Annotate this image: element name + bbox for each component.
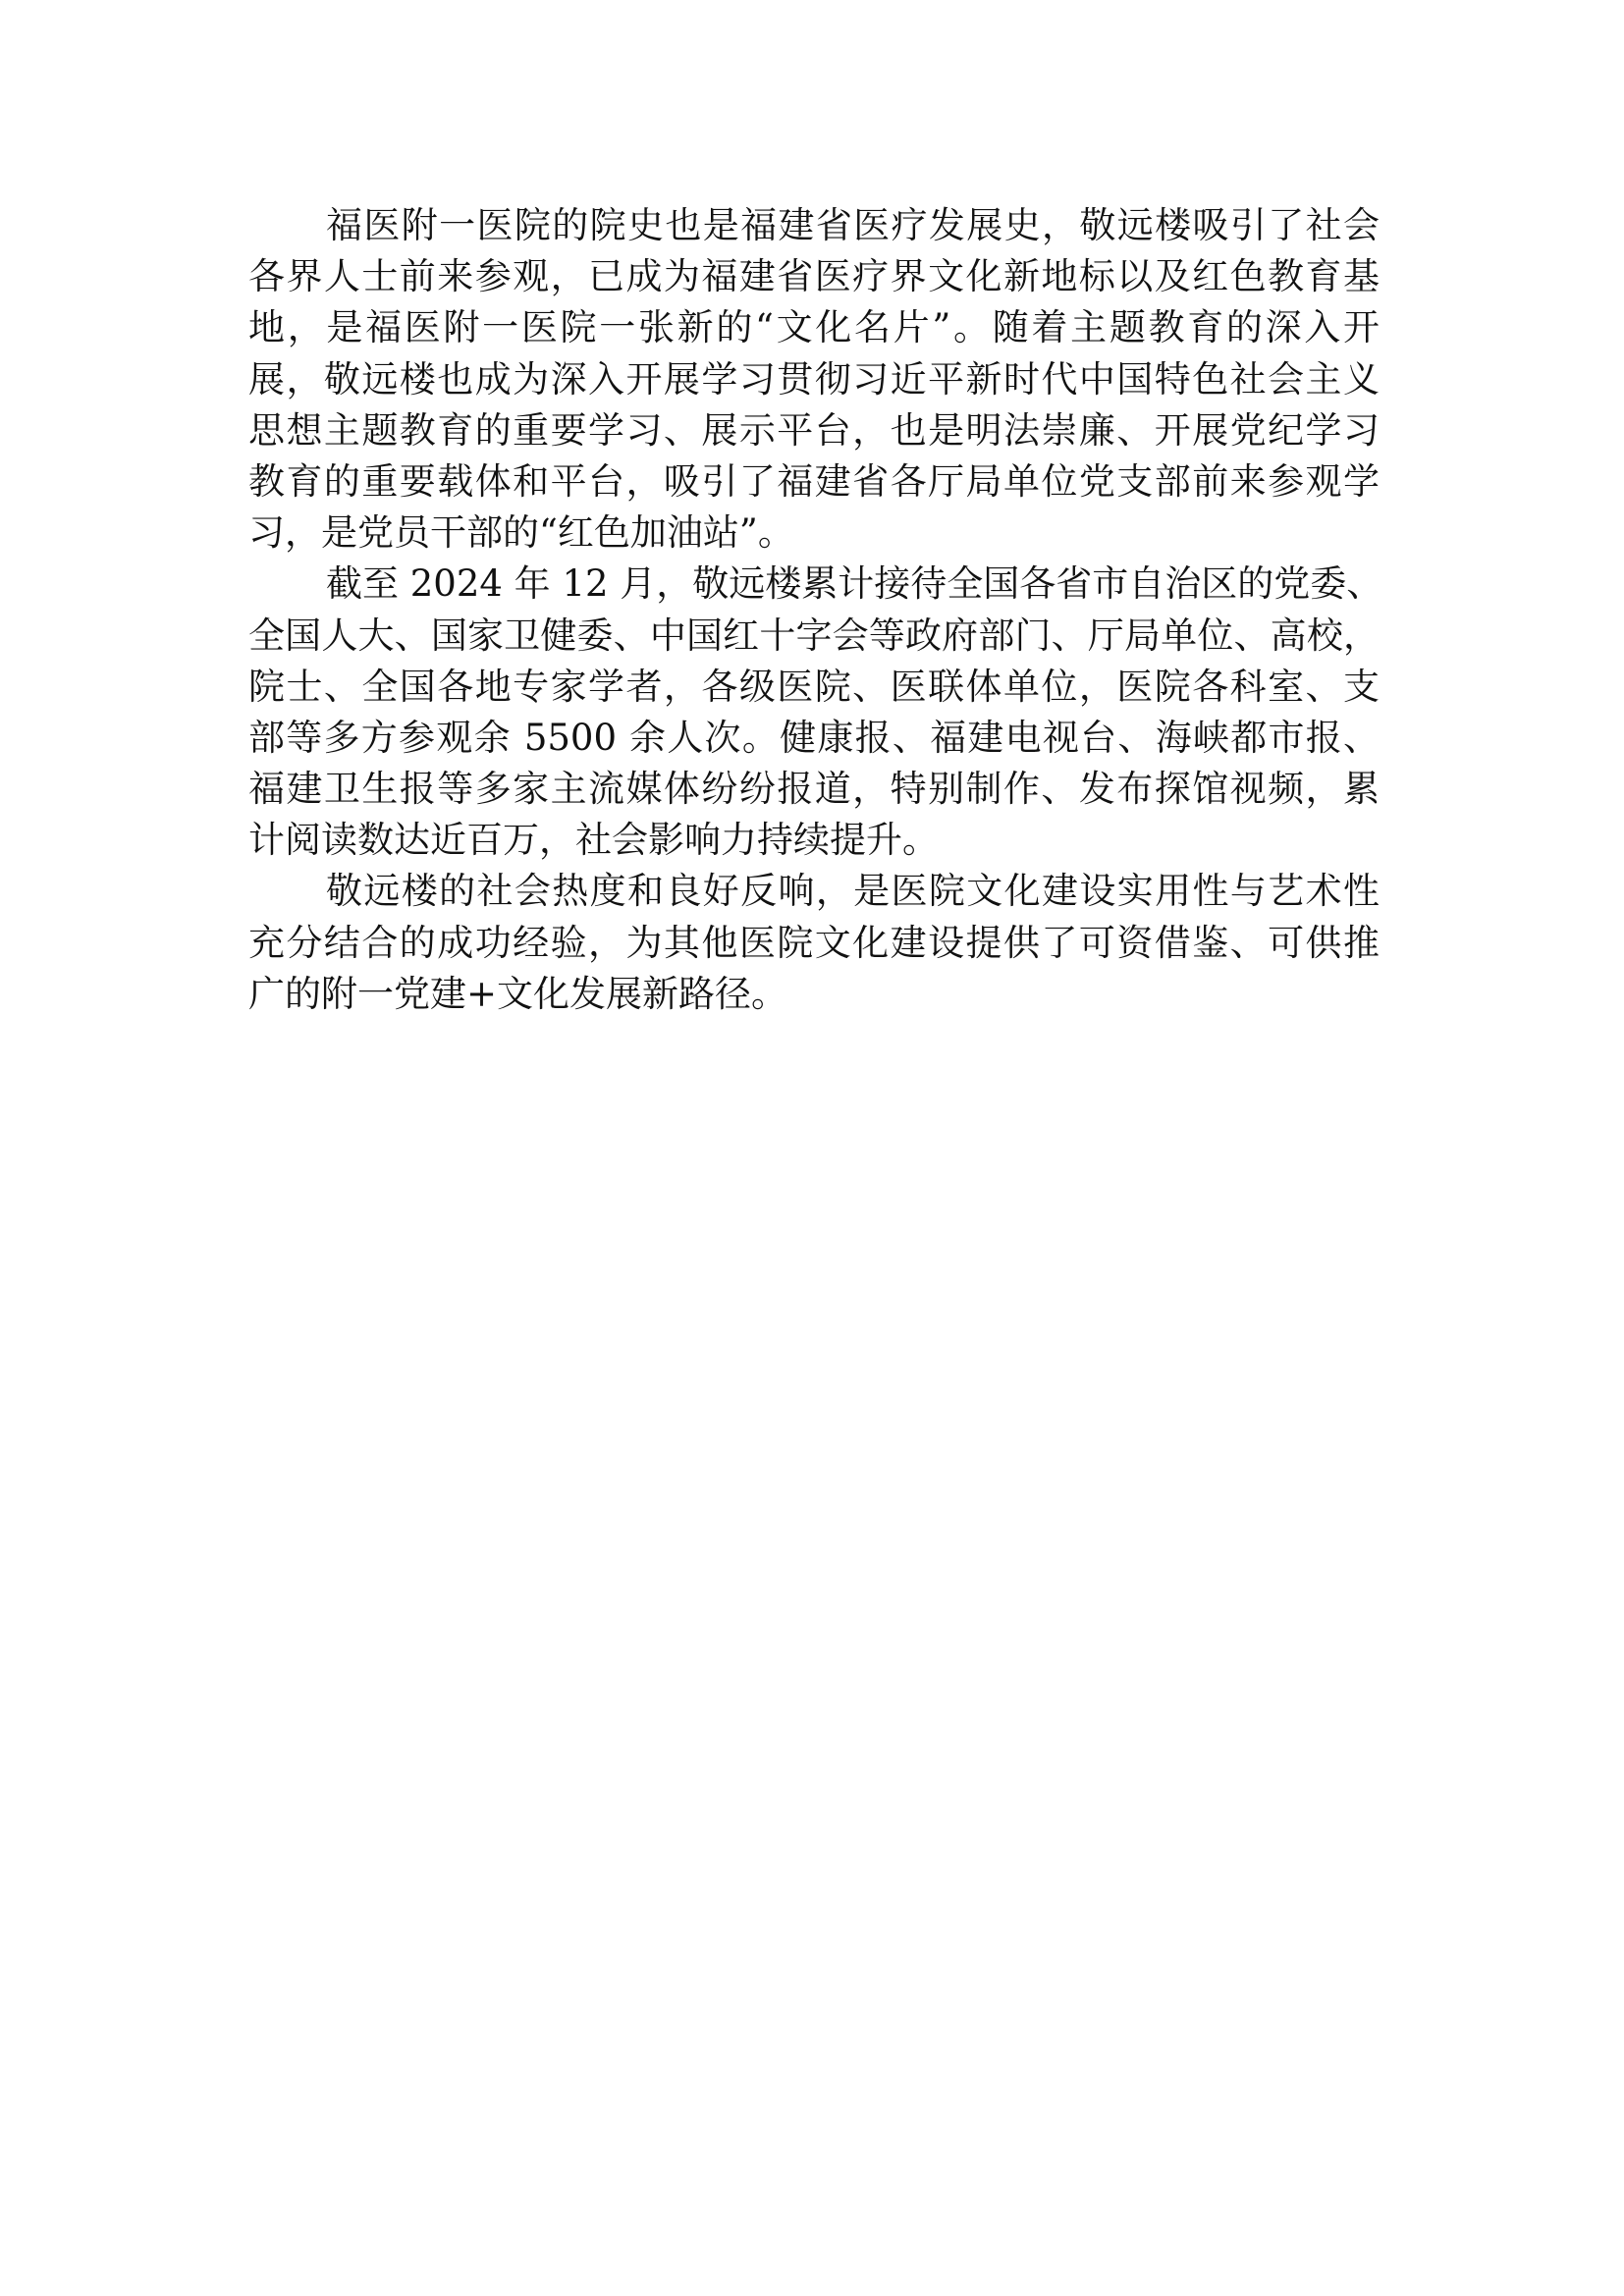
paragraph-1-line-2: 各界人士前来参观，已成为福建省医疗界文化新地标以及红色教育基: [248, 251, 1380, 302]
paragraph-2-line-6: 计阅读数达近百万，社会影响力持续提升。: [248, 815, 1380, 866]
paragraph-3-line-2: 充分结合的成功经验，为其他医院文化建设提供了可资借鉴、可供推: [248, 918, 1380, 969]
paragraph-3-line-3: 广的附一党建+文化发展新路径。: [248, 969, 1380, 1020]
paragraph-2-line-5: 福建卫生报等多家主流媒体纷纷报道，特别制作、发布探馆视频，累: [248, 764, 1380, 815]
paragraph-1-line-6: 教育的重要载体和平台，吸引了福建省各厅局单位党支部前来参观学: [248, 456, 1380, 507]
body-text: 福医附一医院的院史也是福建省医疗发展史，敬远楼吸引了社会 各界人士前来参观，已成…: [248, 200, 1380, 1020]
paragraph-2-line-4: 部等多方参观余 5500 余人次。健康报、福建电视台、海峡都市报、: [248, 713, 1380, 764]
paragraph-1-line-5: 思想主题教育的重要学习、展示平台，也是明法崇廉、开展党纪学习: [248, 405, 1380, 456]
paragraph-1-line-7: 习，是党员干部的“红色加油站”。: [248, 507, 1380, 559]
document-page: 福医附一医院的院史也是福建省医疗发展史，敬远楼吸引了社会 各界人士前来参观，已成…: [0, 0, 1624, 2296]
paragraph-2-line-1: 截至 2024 年 12 月，敬远楼累计接待全国各省市自治区的党委、: [248, 559, 1380, 610]
paragraph-1-line-4: 展，敬远楼也成为深入开展学习贯彻习近平新时代中国特色社会主义: [248, 354, 1380, 405]
paragraph-1-line-1: 福医附一医院的院史也是福建省医疗发展史，敬远楼吸引了社会: [248, 200, 1380, 251]
paragraph-3-line-1: 敬远楼的社会热度和良好反响，是医院文化建设实用性与艺术性: [248, 866, 1380, 917]
paragraph-1-line-3: 地，是福医附一医院一张新的“文化名片”。随着主题教育的深入开: [248, 302, 1380, 353]
paragraph-2-line-2: 全国人大、国家卫健委、中国红十字会等政府部门、厅局单位、高校，: [248, 611, 1380, 662]
paragraph-2-line-3: 院士、全国各地专家学者，各级医院、医联体单位，医院各科室、支: [248, 662, 1380, 713]
